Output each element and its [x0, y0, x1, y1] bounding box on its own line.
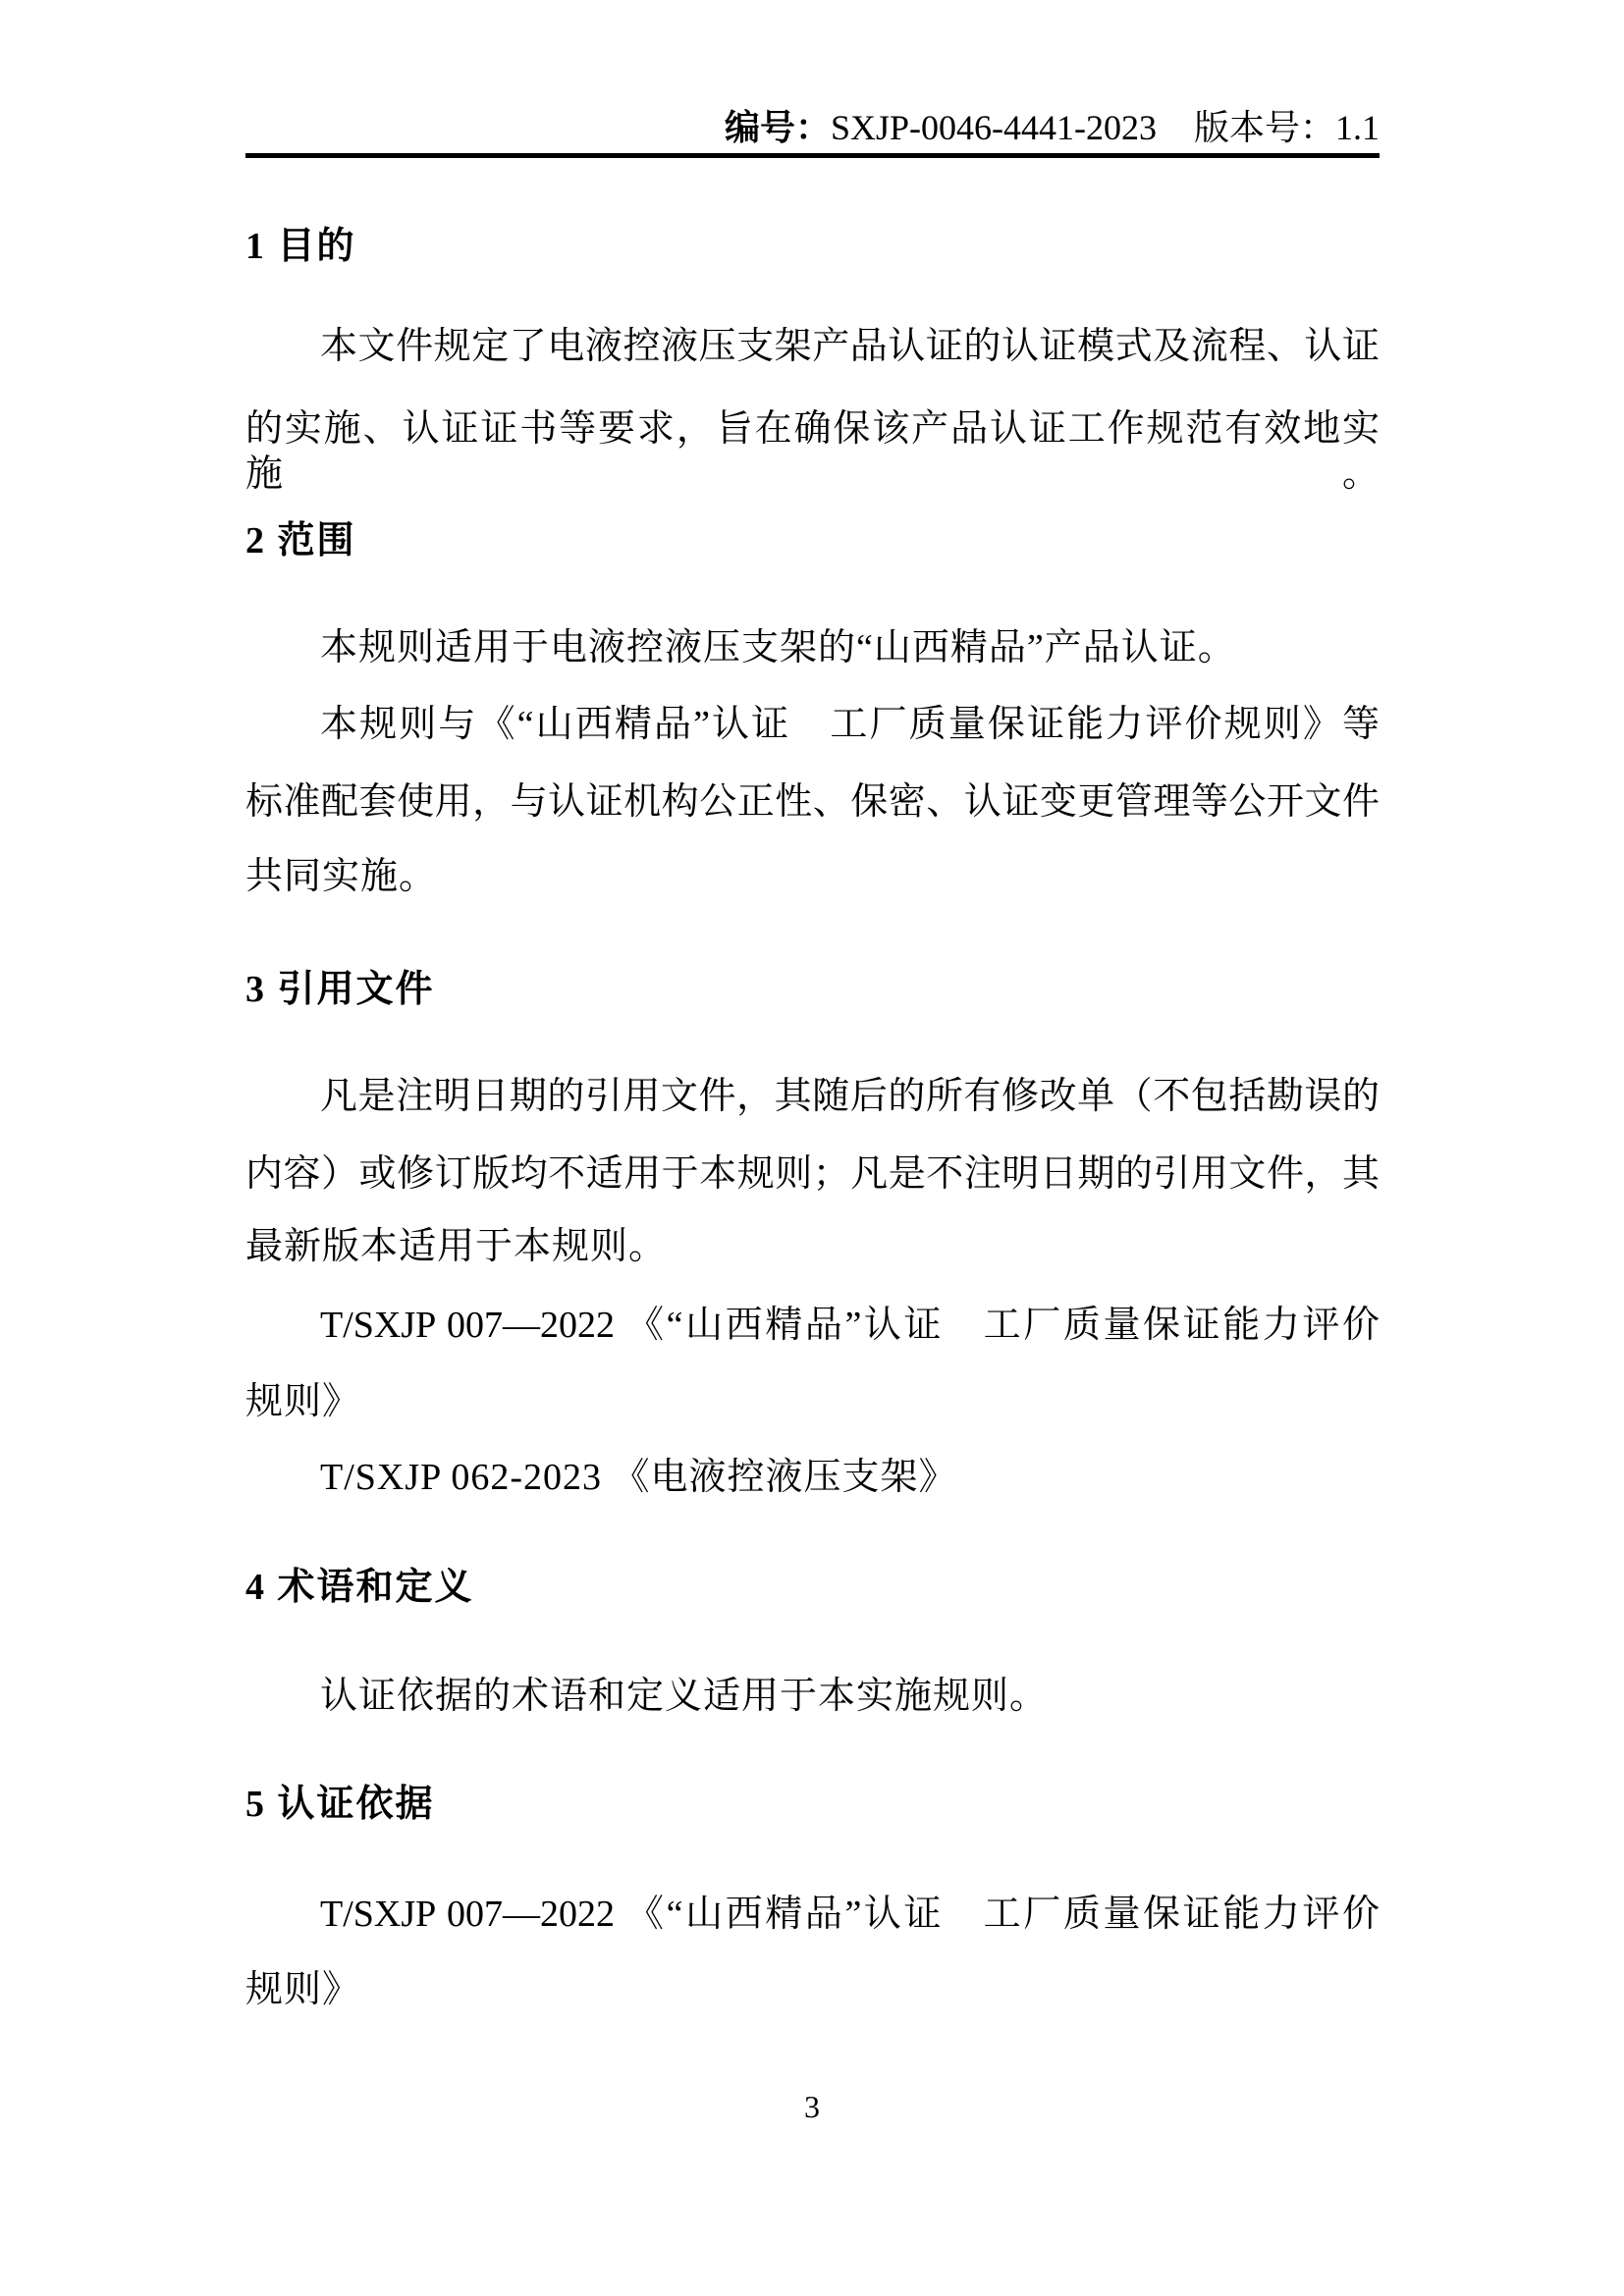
para-purpose-line-1: 本文件规定了电液控液压支架产品认证的认证模式及流程、认证 [245, 324, 1380, 369]
header-rule [245, 153, 1380, 158]
heading-scope: 2 范围 [245, 518, 1380, 563]
doc-number-label: 编号： [725, 107, 831, 147]
page-number: 3 [0, 2087, 1624, 2126]
para-ref-line-2: 内容）或修订版均不适用于本规则；凡是不注明日期的引用文件，其 [245, 1151, 1380, 1197]
para-scope-line-1: 本规则适用于电液控液压支架的“山西精品”产品认证。 [245, 625, 1380, 670]
heading-terms: 4 术语和定义 [245, 1565, 1380, 1610]
basis-standard-line-2: 规则》 [245, 1967, 1380, 2012]
para-terms-line-1: 认证依据的术语和定义适用于本实施规则。 [245, 1674, 1380, 1719]
basis-standard-line-1: T/SXJP 007—2022 《“山西精品”认证 工厂质量保证能力评价 [245, 1892, 1380, 1937]
document-page: 编号：SXJP-0046-4441-2023版本号：1.1 1 目的 本文件规定… [0, 0, 1624, 2296]
version-value: 1.1 [1335, 108, 1380, 147]
para-purpose-line-2: 的实施、认证证书等要求，旨在确保该产品认证工作规范有效地实施。 [245, 406, 1380, 497]
ref-standard-1-line-2: 规则》 [245, 1379, 1380, 1424]
para-ref-line-3: 最新版本适用于本规则。 [245, 1224, 1380, 1269]
ref-standard-2: T/SXJP 062-2023 《电液控液压支架》 [245, 1455, 1380, 1500]
heading-purpose: 1 目的 [245, 224, 1380, 269]
para-scope-line-3: 标准配套使用，与认证机构公正性、保密、认证变更管理等公开文件 [245, 779, 1380, 825]
ref-standard-1-line-1: T/SXJP 007—2022 《“山西精品”认证 工厂质量保证能力评价 [245, 1303, 1380, 1348]
page-header: 编号：SXJP-0046-4441-2023版本号：1.1 [245, 106, 1380, 149]
doc-number-value: SXJP-0046-4441-2023 [831, 108, 1157, 147]
heading-basis: 5 认证依据 [245, 1782, 1380, 1827]
para-scope-line-4: 共同实施。 [245, 854, 1380, 899]
para-ref-line-1: 凡是注明日期的引用文件，其随后的所有修改单（不包括勘误的 [245, 1074, 1380, 1119]
para-scope-line-2: 本规则与《“山西精品”认证 工厂质量保证能力评价规则》等 [245, 702, 1380, 747]
version-label: 版本号： [1194, 108, 1335, 147]
heading-references: 3 引用文件 [245, 967, 1380, 1012]
